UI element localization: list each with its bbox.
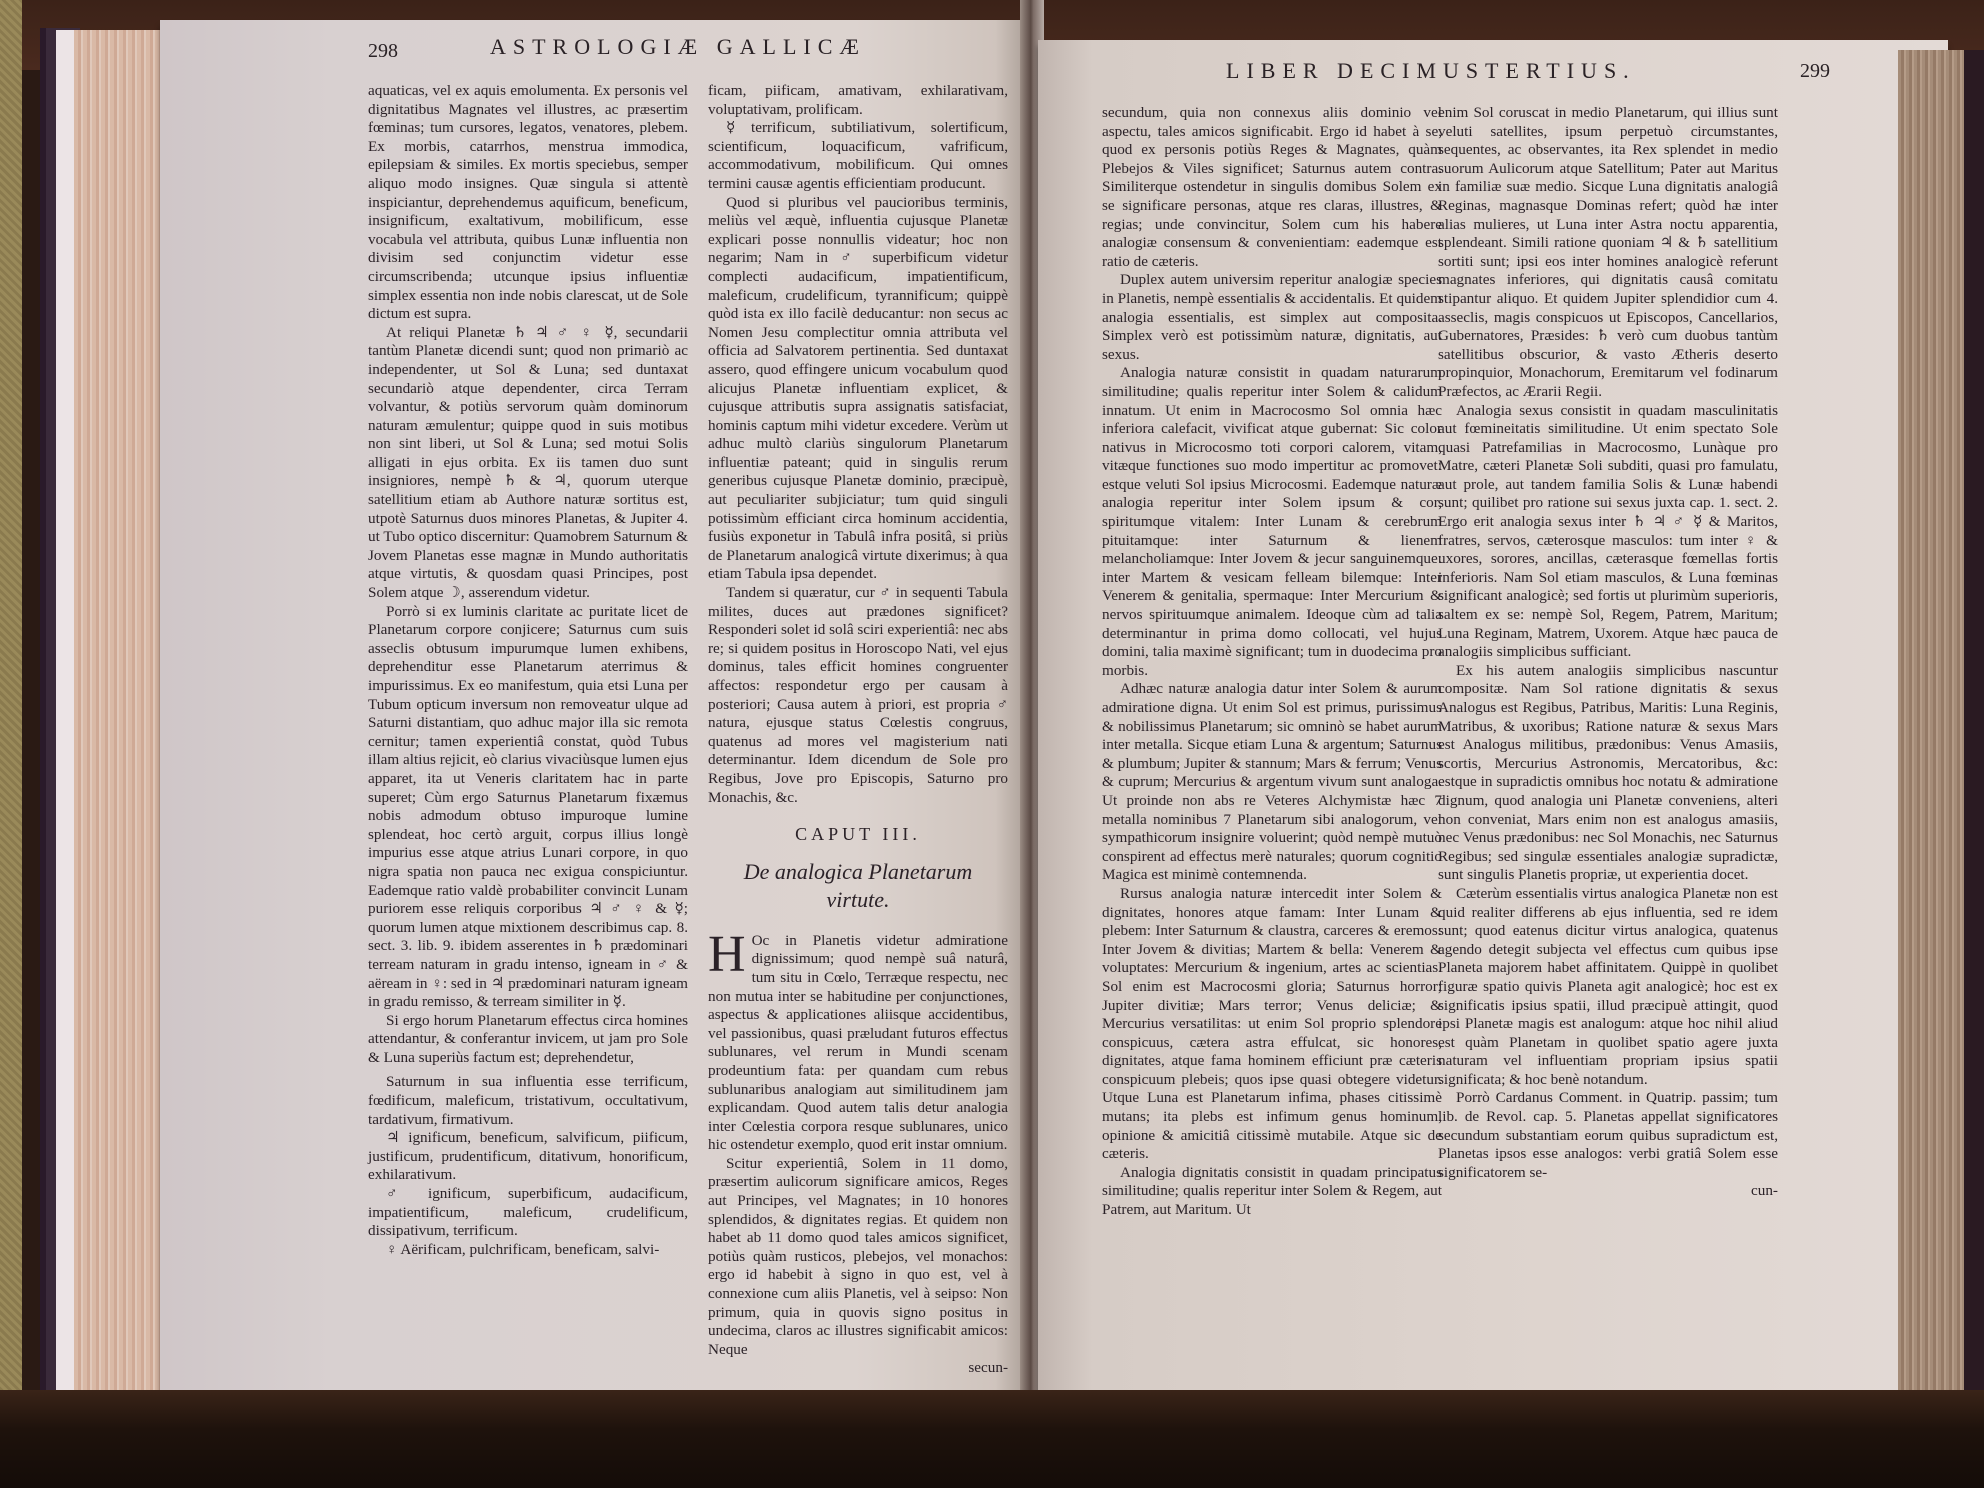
paragraph: Analogia sexus consistit in quadam mascu… [1438, 402, 1778, 662]
paragraph-text: Oc in Planetis videtur admiratione digni… [708, 932, 1008, 1154]
table-surface [0, 1390, 1984, 1488]
paragraph: Tandem si quæratur, cur ♂ in sequenti Ta… [708, 584, 1008, 807]
paragraph: Rursus analogia naturæ intercedit inter … [1102, 885, 1442, 1164]
paragraph: Ex his autem analogiis simplicibus nascu… [1438, 662, 1778, 885]
paragraph: Porrò si ex luminis claritate ac puritat… [368, 603, 688, 1012]
paragraph: ♂ ignificum, superbificum, audacificum, … [368, 1185, 688, 1241]
paragraph: Saturnum in sua influentia esse terrific… [368, 1073, 688, 1129]
left-page-column-1: aquaticas, vel ex aquis emolumenta. Ex p… [368, 82, 688, 1259]
paragraph: Duplex autem universim reperitur analogi… [1102, 271, 1442, 364]
paragraph: ficam, piificam, amativam, exhilarativam… [708, 82, 1008, 119]
paragraph: aquaticas, vel ex aquis emolumenta. Ex p… [368, 82, 688, 324]
paragraph: At reliqui Planetæ ♄ ♃ ♂ ♀ ☿, secundarii… [368, 324, 688, 603]
paragraph: Quod si pluribus vel paucioribus termini… [708, 194, 1008, 584]
table-cloth [0, 0, 22, 1488]
paragraph: HOc in Planetis videtur admiratione dign… [708, 932, 1008, 1155]
running-head-right: LIBER DECIMUSTERTIUS. [1226, 58, 1636, 84]
chapter-title-line-2: virtute. [708, 886, 1008, 914]
page-number-right: 299 [1800, 60, 1830, 83]
paragraph: Scitur experientiâ, Solem in 11 domo, pr… [708, 1155, 1008, 1360]
left-page-column-2: ficam, piificam, amativam, exhilarativam… [708, 82, 1008, 1378]
paragraph: Porrò Cardanus Comment. in Quatrip. pass… [1438, 1089, 1778, 1182]
chapter-title: De analogica Planetarum virtute. [708, 858, 1008, 914]
catchword: cun- [1438, 1182, 1778, 1201]
page-edges-left [56, 30, 166, 1400]
drop-cap: H [708, 934, 746, 976]
paragraph: secundum, quia non connexus aliis domini… [1102, 104, 1442, 271]
chapter-title-line-1: De analogica Planetarum [708, 858, 1008, 886]
paragraph: ♀ Aërificam, pulchrificam, beneficam, sa… [368, 1241, 688, 1260]
running-head-left: ASTROLOGIÆ GALLICÆ [490, 34, 866, 60]
paragraph: enim Sol coruscat in medio Planetarum, q… [1438, 104, 1778, 402]
page-number-left: 298 [368, 40, 398, 63]
right-page-column-1: secundum, quia non connexus aliis domini… [1102, 104, 1442, 1220]
page-edges-right [1898, 50, 1968, 1405]
paragraph: Si ergo horum Planetarum effectus circa … [368, 1012, 688, 1068]
paragraph: ♃ ignificum, beneficum, salvificum, piif… [368, 1129, 688, 1185]
paragraph: ☿ terrificum, subtiliativum, solertificu… [708, 119, 1008, 193]
left-page: 298 ASTROLOGIÆ GALLICÆ aquaticas, vel ex… [160, 20, 1030, 1415]
paragraph: Cæterùm essentialis virtus analogica Pla… [1438, 885, 1778, 1090]
right-page-column-2: enim Sol coruscat in medio Planetarum, q… [1438, 104, 1778, 1201]
catchword: secun- [708, 1359, 1008, 1378]
right-page: LIBER DECIMUSTERTIUS. 299 secundum, quia… [1038, 40, 1948, 1435]
paragraph: Analogia naturæ consistit in quadam natu… [1102, 364, 1442, 680]
paragraph: Adhæc naturæ analogia datur inter Solem … [1102, 680, 1442, 885]
chapter-label: CAPUT III. [708, 825, 1008, 844]
paragraph: Analogia dignitatis consistit in quadam … [1102, 1164, 1442, 1220]
book-cover-right [1964, 50, 1984, 1405]
